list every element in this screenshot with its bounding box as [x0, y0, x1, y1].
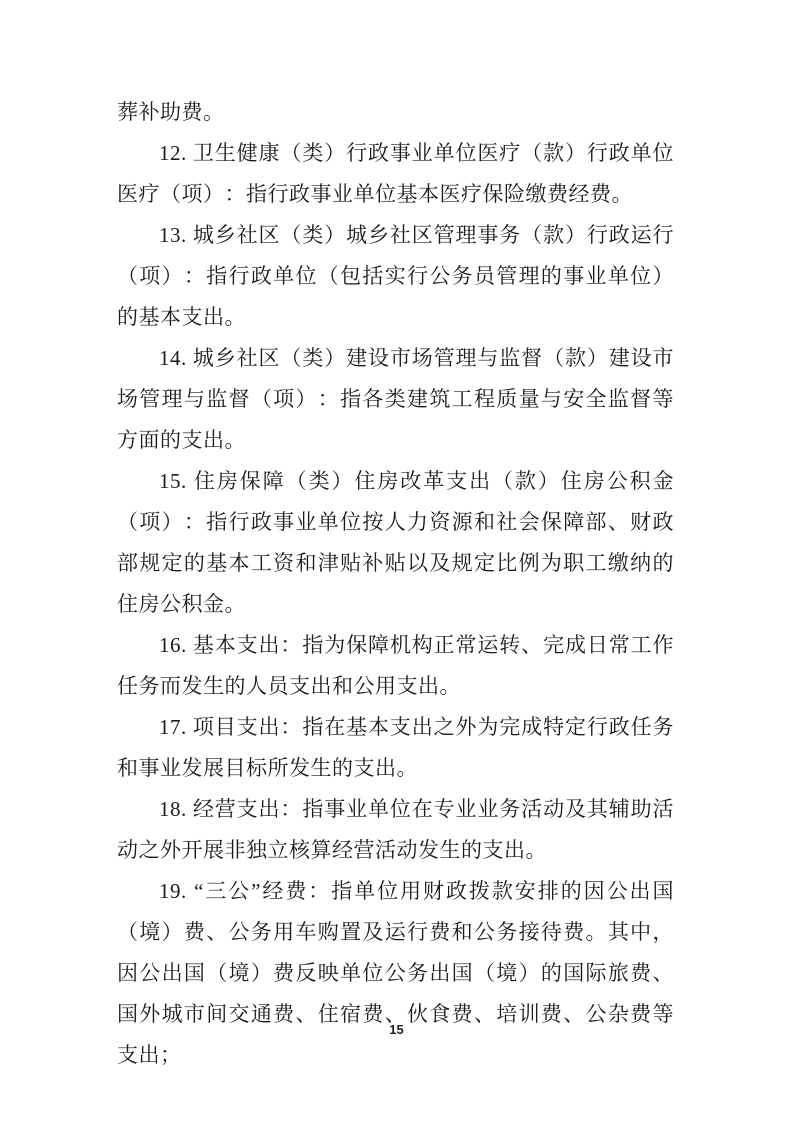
document-page: 葬补助费。 12. 卫生健康（类）行政事业单位医疗（款）行政单位医疗（项）：指行…	[0, 0, 793, 1122]
paragraph-item-12: 12. 卫生健康（类）行政事业单位医疗（款）行政单位医疗（项）：指行政事业单位基…	[117, 133, 674, 215]
paragraph-item-14: 14. 城乡社区（类）建设市场管理与监督（款）建设市场管理与监督（项）：指各类建…	[117, 338, 674, 461]
paragraph-item-19: 19. “三公”经费：指单位用财政拨款安排的因公出国（境）费、公务用车购置及运行…	[117, 871, 674, 1076]
page-footer: 15	[0, 1022, 793, 1037]
document-body: 葬补助费。 12. 卫生健康（类）行政事业单位医疗（款）行政单位医疗（项）：指行…	[117, 92, 674, 1076]
paragraph-item-15: 15. 住房保障（类）住房改革支出（款）住房公积金（项）：指行政事业单位按人力资…	[117, 461, 674, 625]
paragraph-item-17: 17. 项目支出：指在基本支出之外为完成特定行政任务和事业发展目标所发生的支出。	[117, 707, 674, 789]
page-number: 15	[389, 1022, 403, 1037]
paragraph-continuation: 葬补助费。	[117, 92, 674, 133]
paragraph-item-13: 13. 城乡社区（类）城乡社区管理事务（款）行政运行（项）：指行政单位（包括实行…	[117, 215, 674, 338]
paragraph-item-16: 16. 基本支出：指为保障机构正常运转、完成日常工作任务而发生的人员支出和公用支…	[117, 625, 674, 707]
paragraph-item-18: 18. 经营支出：指事业单位在专业业务活动及其辅助活动之外开展非独立核算经营活动…	[117, 789, 674, 871]
